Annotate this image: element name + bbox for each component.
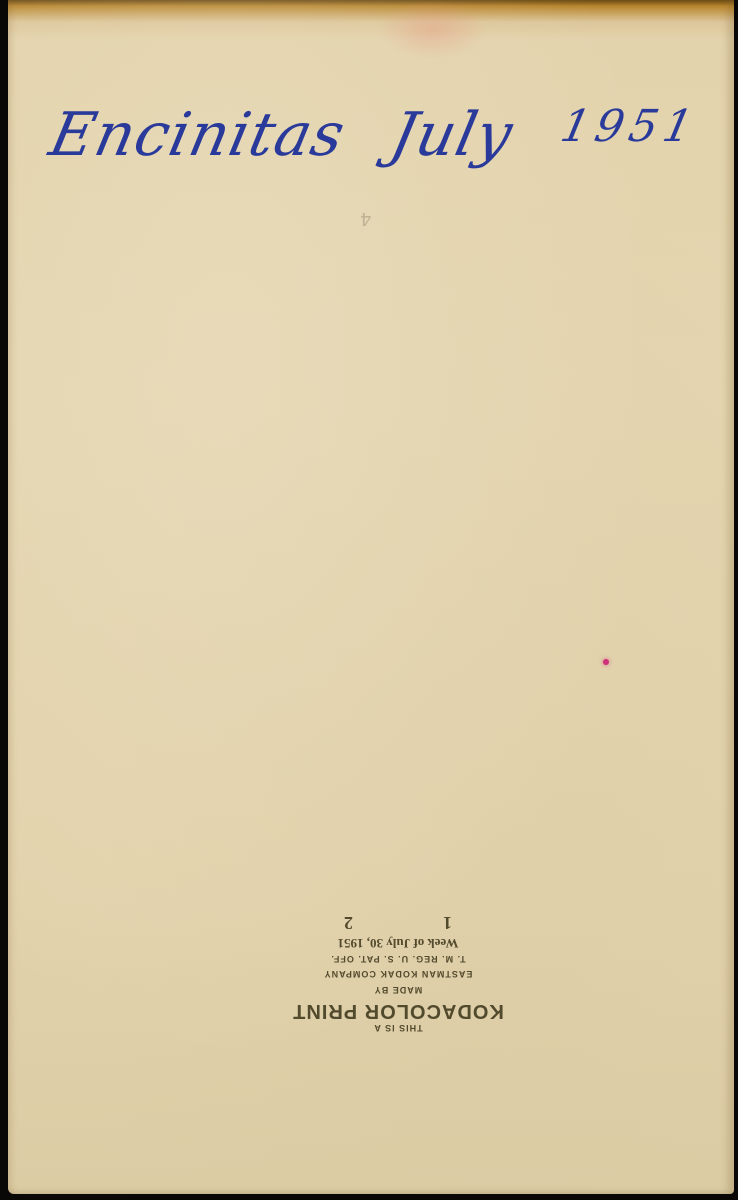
stamp-line-week: Week of July 30, 1951: [268, 935, 528, 951]
handwritten-caption: Encinitas July 1951: [37, 100, 658, 200]
stamp-line-trademark: T. M. REG. U. S. PAT. OFF.: [268, 954, 528, 964]
caption-month: July: [385, 100, 520, 170]
stamp-line-company: EASTMAN KODAK COMPANY: [268, 969, 528, 979]
stamp-number-left: 1: [443, 912, 452, 933]
stamp-line-made-by: MADE BY: [268, 985, 528, 995]
stamp-line-kodacolor-print: KODACOLOR PRINT: [268, 999, 528, 1022]
pencil-mark: 4: [360, 208, 371, 229]
caption-year: 1951: [556, 101, 703, 152]
stamp-line-this-is-a: THIS IS A: [268, 1023, 528, 1033]
pink-dot: [603, 659, 609, 665]
stamp-number-right: 2: [344, 912, 353, 933]
stamp-numbers: 1 2: [268, 912, 528, 933]
kodacolor-stamp: THIS IS A KODACOLOR PRINT MADE BY EASTMA…: [268, 875, 528, 1035]
stain-mark: [378, 0, 488, 60]
photo-back: Encinitas July 1951 4 THIS IS A KODACOLO…: [8, 0, 734, 1194]
caption-place: Encinitas: [44, 100, 352, 170]
